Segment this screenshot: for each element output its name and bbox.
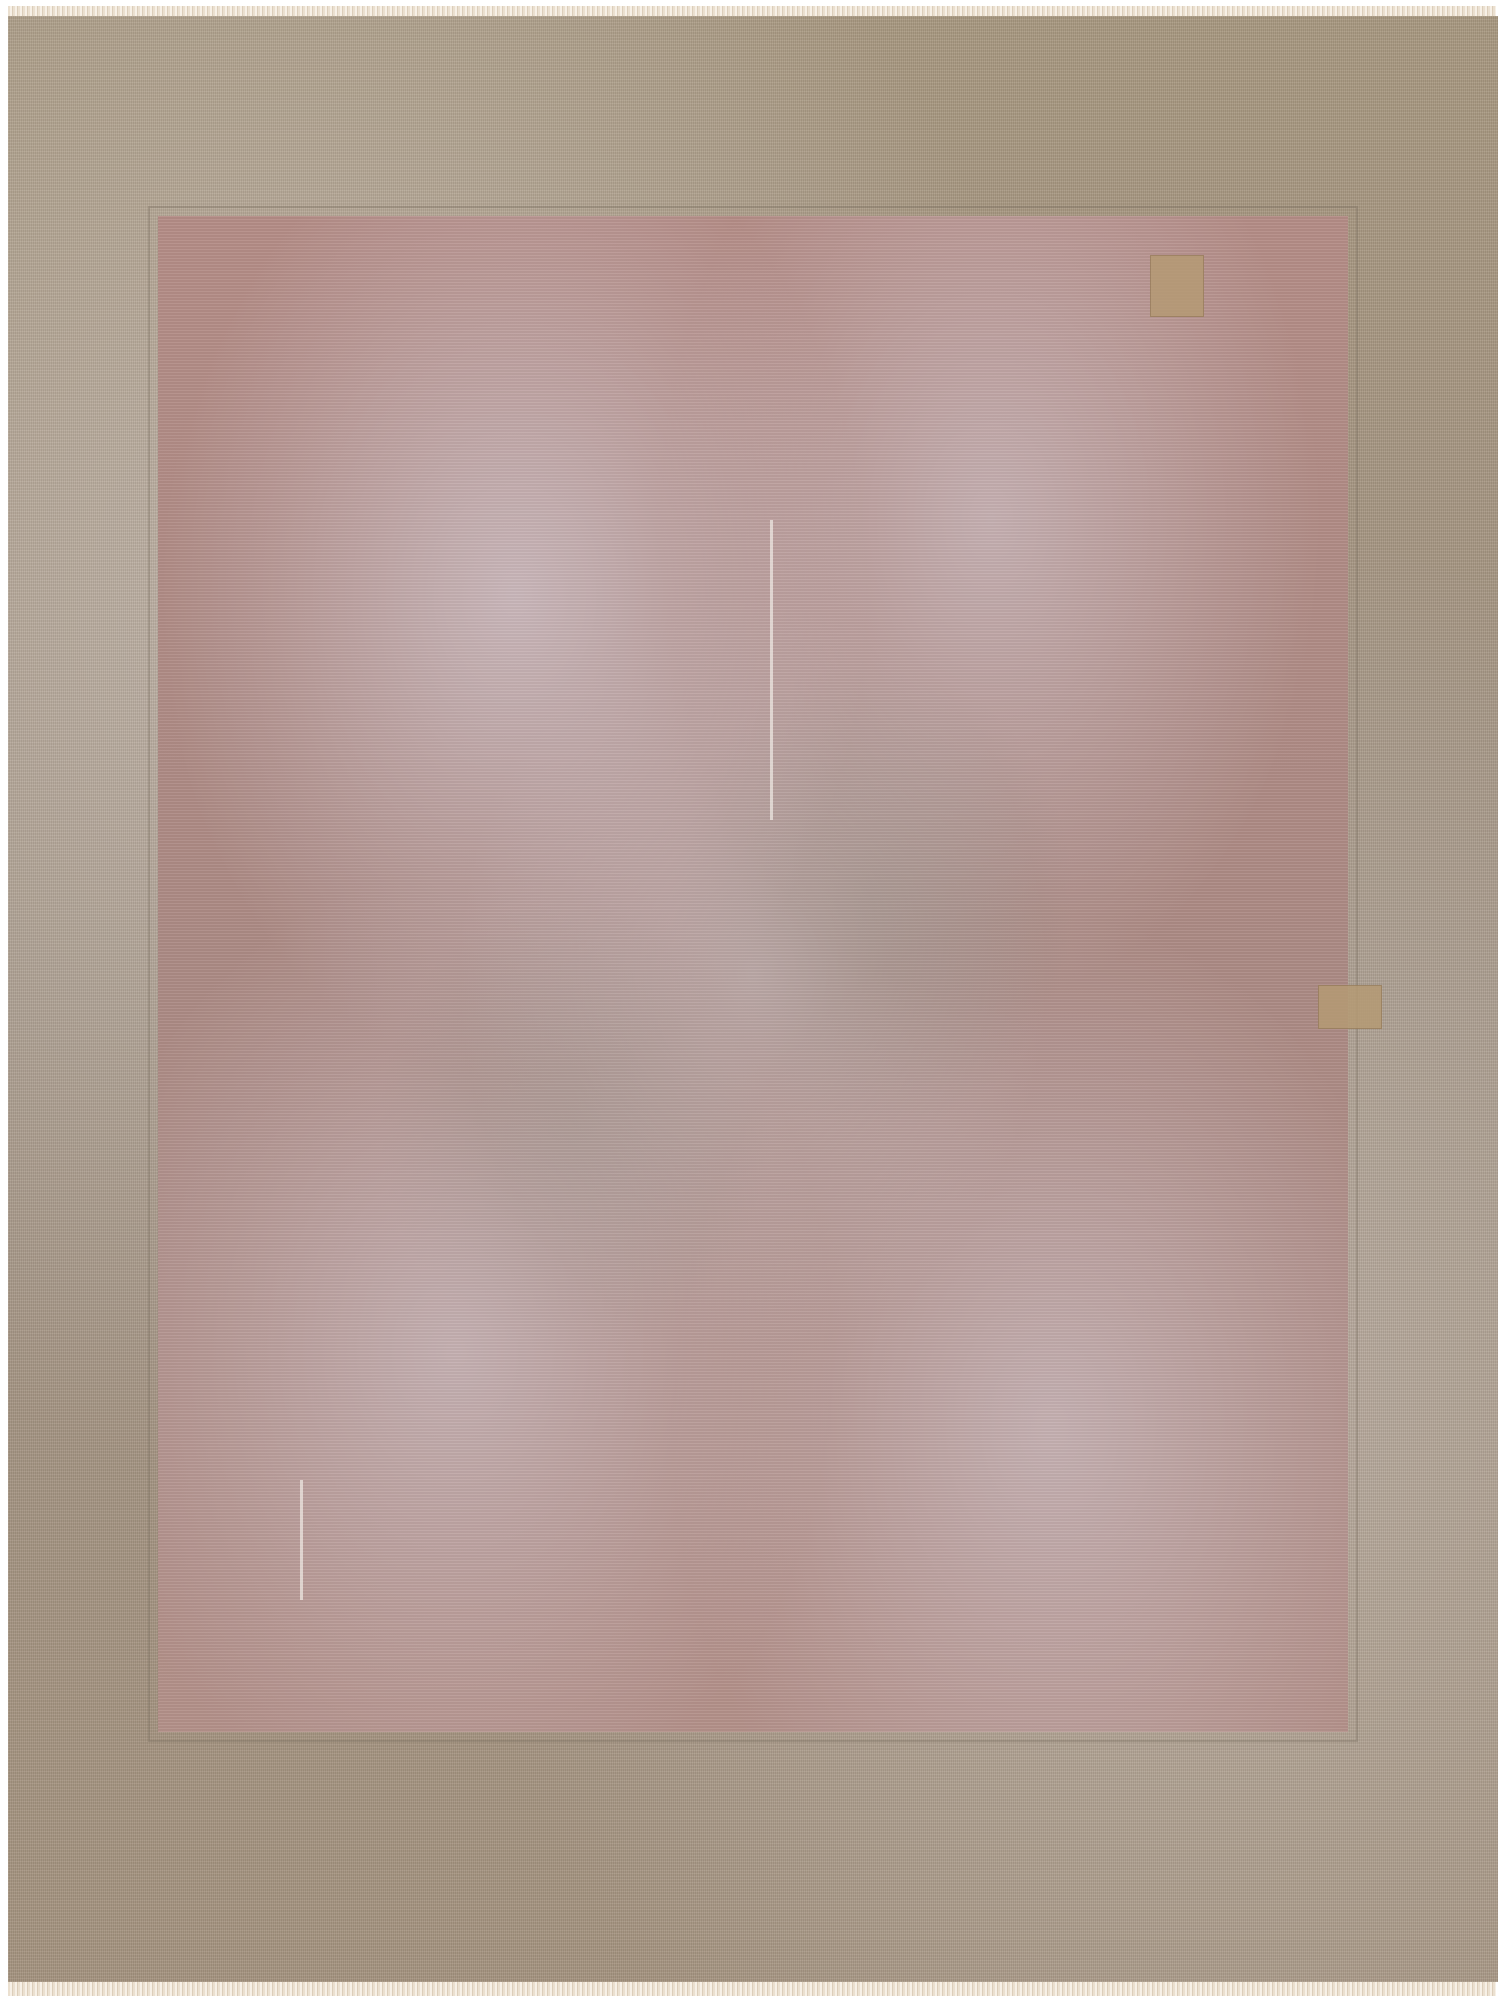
bottom-fringe — [8, 1982, 1496, 1996]
worn-patch — [1150, 255, 1204, 317]
wear-line — [770, 520, 773, 820]
wear-line — [300, 1480, 303, 1600]
worn-patch — [1318, 985, 1382, 1029]
rug-field — [158, 216, 1348, 1732]
rug — [8, 16, 1498, 1982]
